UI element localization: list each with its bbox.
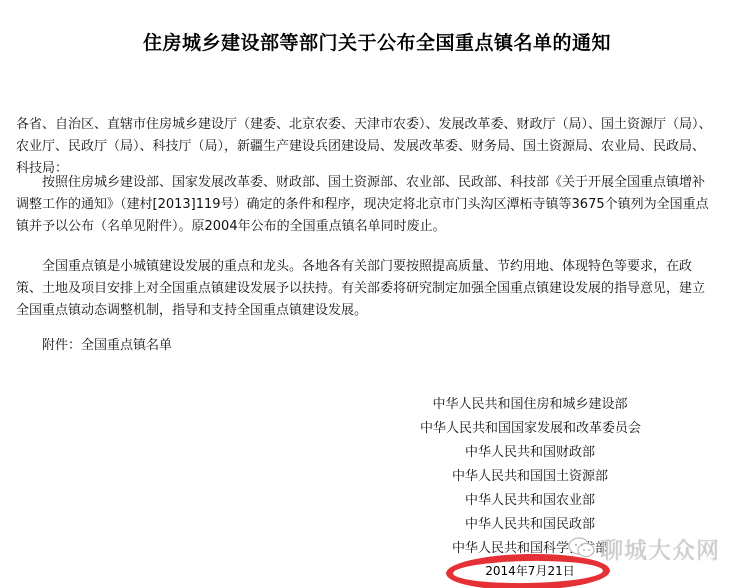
signatory: 中华人民共和国国土资源部 (420, 465, 640, 489)
paragraph-text: 按照住房城乡建设部、国家发展改革委、财政部、国土资源部、农业部、民政部、科技部《… (16, 172, 716, 238)
paragraph-text: 全国重点镇是小城镇建设发展的重点和龙头。各地各有关部门要按照提高质量、节约用地、… (16, 256, 716, 322)
salutation-text: 各省、自治区、直辖市住房城乡建设厅（建委、北京农委、天津市农委）、发展改革委、财… (16, 114, 716, 180)
body-paragraph-2: 全国重点镇是小城镇建设发展的重点和龙头。各地各有关部门要按照提高质量、节约用地、… (16, 256, 716, 322)
salutation-paragraph: 各省、自治区、直辖市住房城乡建设厅（建委、北京农委、天津市农委）、发展改革委、财… (16, 114, 716, 180)
signatory: 中华人民共和国农业部 (420, 489, 640, 513)
attachment-line: 附件：全国重点镇名单 (16, 335, 716, 357)
signatory: 中华人民共和国住房和城乡建设部 (420, 393, 640, 417)
document-title: 住房城乡建设部等部门关于公布全国重点镇名单的通知 (0, 30, 754, 56)
body-paragraph-1: 按照住房城乡建设部、国家发展改革委、财政部、国土资源部、农业部、民政部、科技部《… (16, 172, 716, 238)
watermark: 聊城大众网 (568, 533, 720, 563)
watermark-text: 聊城大众网 (600, 532, 720, 565)
attachment-text: 附件：全国重点镇名单 (16, 335, 716, 357)
signatory: 中华人民共和国财政部 (420, 441, 640, 465)
signatory: 中华人民共和国国家发展和改革委员会 (420, 417, 640, 441)
wechat-bubble-icon (568, 536, 596, 560)
